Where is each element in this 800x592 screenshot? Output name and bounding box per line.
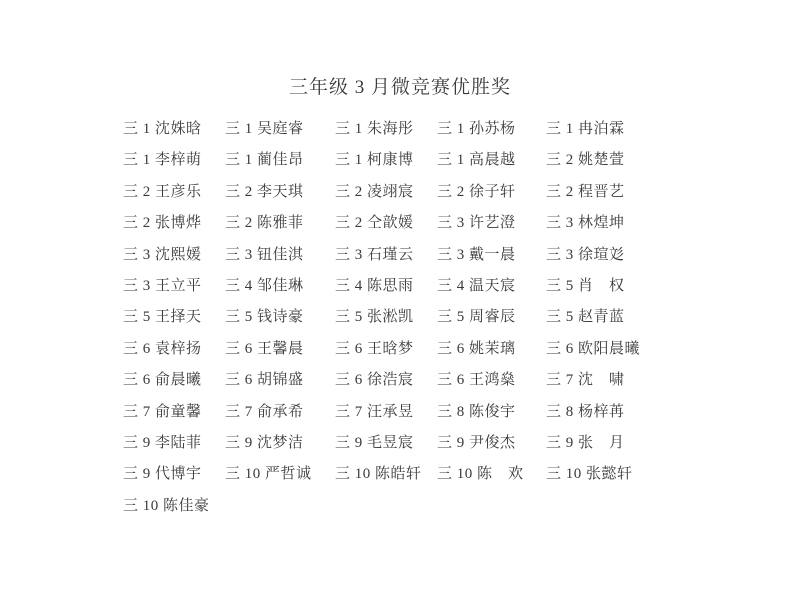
- winner-entry: 三 7 沈 啸: [546, 365, 790, 396]
- winner-entry: 三 9 张 月: [546, 428, 790, 459]
- winner-entry: 三 2 程晋艺: [546, 177, 790, 208]
- document-page: 三年级 3 月微竞赛优胜奖 三 1 沈姝晗 三 1 吴庭睿 三 1 朱海彤 三 …: [0, 0, 800, 592]
- winner-entry: 三 2 凌翊宸: [335, 177, 437, 208]
- winner-entry: 三 6 徐浩宸: [335, 365, 437, 396]
- winner-entry: 三 4 温天宸: [437, 271, 546, 302]
- winner-entry: 三 8 杨梓苒: [546, 397, 790, 428]
- winner-entry: 三 9 代博宇: [123, 459, 225, 490]
- winner-entry: 三 10 严哲诚: [225, 459, 335, 490]
- winner-entry: 三 3 王立平: [123, 271, 225, 302]
- winner-entry: 三 2 张博烨: [123, 208, 225, 239]
- winner-entry: 三 6 王晗梦: [335, 334, 437, 365]
- winner-entry: 三 5 王择天: [123, 302, 225, 333]
- winner-entry: 三 1 蔺佳昂: [225, 145, 335, 176]
- winner-entry: 三 6 王馨晨: [225, 334, 335, 365]
- winner-entry: 三 3 徐瑄彣: [546, 240, 790, 271]
- winner-entry: 三 7 俞童馨: [123, 397, 225, 428]
- winner-entry: 三 6 姚茉璃: [437, 334, 546, 365]
- winner-entry: 三 1 柯康博: [335, 145, 437, 176]
- winner-entry: 三 3 林煌坤: [546, 208, 790, 239]
- winner-entry: 三 6 胡锦盛: [225, 365, 335, 396]
- winner-entry: 三 5 张淞凯: [335, 302, 437, 333]
- winner-entry: 三 5 肖 权: [546, 271, 790, 302]
- winner-entry: 三 10 陈皓轩: [335, 459, 437, 490]
- winner-entry: 三 8 陈俊宇: [437, 397, 546, 428]
- winner-entry: 三 3 钮佳淇: [225, 240, 335, 271]
- winner-entry: 三 1 高晨越: [437, 145, 546, 176]
- winner-entry: 三 2 姚楚萱: [546, 145, 790, 176]
- winner-entry: 三 2 王彦乐: [123, 177, 225, 208]
- winner-entry: 三 4 陈思雨: [335, 271, 437, 302]
- winner-entry: 三 2 仝歆媛: [335, 208, 437, 239]
- winner-entry: 三 5 周睿辰: [437, 302, 546, 333]
- winner-entry: 三 3 石瑾云: [335, 240, 437, 271]
- winner-entry: 三 3 许艺澄: [437, 208, 546, 239]
- winner-entry: 三 10 陈佳豪: [123, 491, 225, 522]
- winner-entry: 三 6 欧阳晨曦: [546, 334, 790, 365]
- page-title: 三年级 3 月微竞赛优胜奖: [0, 72, 800, 99]
- winner-entry: 三 9 毛昱宸: [335, 428, 437, 459]
- winner-entry: 三 3 戴一晨: [437, 240, 546, 271]
- winner-entry: 三 5 钱诗豪: [225, 302, 335, 333]
- winner-entry: 三 4 邹佳琳: [225, 271, 335, 302]
- winner-entry: 三 6 袁梓扬: [123, 334, 225, 365]
- winner-entry: 三 7 俞承希: [225, 397, 335, 428]
- winner-entry: 三 1 孙苏杨: [437, 114, 546, 145]
- winner-entry: 三 5 赵青蓝: [546, 302, 790, 333]
- winner-entry: 三 2 陈雅菲: [225, 208, 335, 239]
- winner-entry: 三 1 吴庭睿: [225, 114, 335, 145]
- winner-entry: 三 6 俞晨曦: [123, 365, 225, 396]
- winner-entry: 三 10 陈 欢: [437, 459, 546, 490]
- winner-entry: 三 9 李陆菲: [123, 428, 225, 459]
- winner-entry: 三 1 李梓萌: [123, 145, 225, 176]
- winner-entry: 三 1 沈姝晗: [123, 114, 225, 145]
- winner-entry: 三 9 尹俊杰: [437, 428, 546, 459]
- winner-entry: 三 2 李天琪: [225, 177, 335, 208]
- winner-entry: 三 1 朱海彤: [335, 114, 437, 145]
- winner-entry: 三 7 汪承昱: [335, 397, 437, 428]
- winner-entry: 三 1 冉泊霖: [546, 114, 790, 145]
- winner-entry: 三 3 沈熙媛: [123, 240, 225, 271]
- winner-entry: 三 9 沈梦洁: [225, 428, 335, 459]
- winner-entry: 三 6 王鸿燊: [437, 365, 546, 396]
- winner-entry: 三 10 张懿轩: [546, 459, 790, 490]
- winners-list: 三 1 沈姝晗 三 1 吴庭睿 三 1 朱海彤 三 1 孙苏杨 三 1 冉泊霖 …: [123, 114, 790, 522]
- winner-entry: 三 2 徐子轩: [437, 177, 546, 208]
